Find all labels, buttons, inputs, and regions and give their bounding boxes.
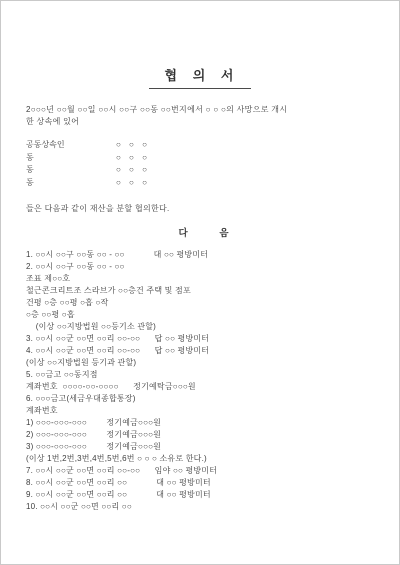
section-heading: 다 음 (26, 225, 381, 239)
list-line: (이상 ○○지방법원 ○○등기소 관할) (26, 321, 381, 333)
document-body: 2○○○년 ○○월 ○○일 ○○시 ○○구 ○○동 ○○번지에서 ○ ○ ○의 … (1, 104, 399, 513)
heir-label: 동 (26, 177, 116, 190)
agreement-sentence: 들은 다음과 같이 재산을 분할 협의한다. (26, 203, 381, 214)
list-line: 3. ○○시 ○○군 ○○면 ○○리 ○○-○○ 답 ○○ 평방미터 (26, 333, 381, 345)
list-line: 1. ○○시 ○○구 ○○동 ○○ - ○○ 대 ○○ 평방미터 (26, 249, 381, 261)
list-line: 3) ○○○-○○○-○○○ 정기예금○○○원 (26, 441, 381, 453)
property-list: 1. ○○시 ○○구 ○○동 ○○ - ○○ 대 ○○ 평방미터 2. ○○시 … (26, 249, 381, 513)
document-page: 협 의 서 2○○○년 ○○월 ○○일 ○○시 ○○구 ○○동 ○○번지에서 ○… (0, 0, 400, 565)
list-line: 5. ○○금고 ○○동지점 (26, 369, 381, 381)
list-line: (이상 1번,2번,3번,4번,5번,6번 ○ ○ ○ 소유로 한다.) (26, 453, 381, 465)
heirs-list: 공동상속인 ○ ○ ○ 동 ○ ○ ○ 동 ○ ○ ○ 동 ○ ○ ○ (26, 139, 381, 189)
heir-label: 동 (26, 164, 116, 177)
list-line: 2) ○○○-○○○-○○○ 정기예금○○○원 (26, 429, 381, 441)
heir-row: 동 ○ ○ ○ (26, 177, 381, 190)
list-line: 9. ○○시 ○○군 ○○면 ○○리 ○○ 대 ○○ 평방미터 (26, 489, 381, 501)
heir-name: ○ ○ ○ (116, 164, 150, 177)
list-line: 7. ○○시 ○○군 ○○면 ○○리 ○○-○○ 임야 ○○ 평방미터 (26, 465, 381, 477)
list-line: 계좌번호 ○○○○-○○-○○○○ 정기예탁금○○○원 (26, 381, 381, 393)
heir-row: 동 ○ ○ ○ (26, 164, 381, 177)
list-line: 철근콘크리트조 스라브가 ○○층건 주택 및 점포 (26, 285, 381, 297)
list-line: 계좌번호 (26, 405, 381, 417)
list-line: 1) ○○○-○○○-○○○ 정기예금○○○원 (26, 417, 381, 429)
list-line: 건평 ○층 ○○평 ○홉 ○작 (26, 297, 381, 309)
heir-name: ○ ○ ○ (116, 177, 150, 190)
list-line: (이상 ○○지방법원 등기과 관할) (26, 357, 381, 369)
document-title: 협 의 서 (149, 65, 252, 89)
list-line: 2. ○○시 ○○구 ○○동 ○○ - ○○ (26, 261, 381, 273)
intro-paragraph: 2○○○년 ○○월 ○○일 ○○시 ○○구 ○○동 ○○번지에서 ○ ○ ○의 … (26, 104, 381, 128)
heir-row: 동 ○ ○ ○ (26, 152, 381, 165)
heir-label: 동 (26, 152, 116, 165)
list-line: 4. ○○시 ○○군 ○○면 ○○리 ○○-○○ 답 ○○ 평방미터 (26, 345, 381, 357)
heir-row: 공동상속인 ○ ○ ○ (26, 139, 381, 152)
list-line: 10. ○○시 ○○군 ○○면 ○○리 ○○ (26, 501, 381, 513)
heir-name: ○ ○ ○ (116, 139, 150, 152)
list-line: ○층 ○○평 ○홉 (26, 309, 381, 321)
heir-name: ○ ○ ○ (116, 152, 150, 165)
title-row: 협 의 서 (1, 1, 399, 89)
list-line: 8. ○○시 ○○군 ○○면 ○○리 ○○ 대 ○○ 평방미터 (26, 477, 381, 489)
list-line: 6. ○○○금고(세금우대종합통장) (26, 393, 381, 405)
list-line: 조표 제○○호 (26, 273, 381, 285)
heir-label: 공동상속인 (26, 139, 116, 152)
